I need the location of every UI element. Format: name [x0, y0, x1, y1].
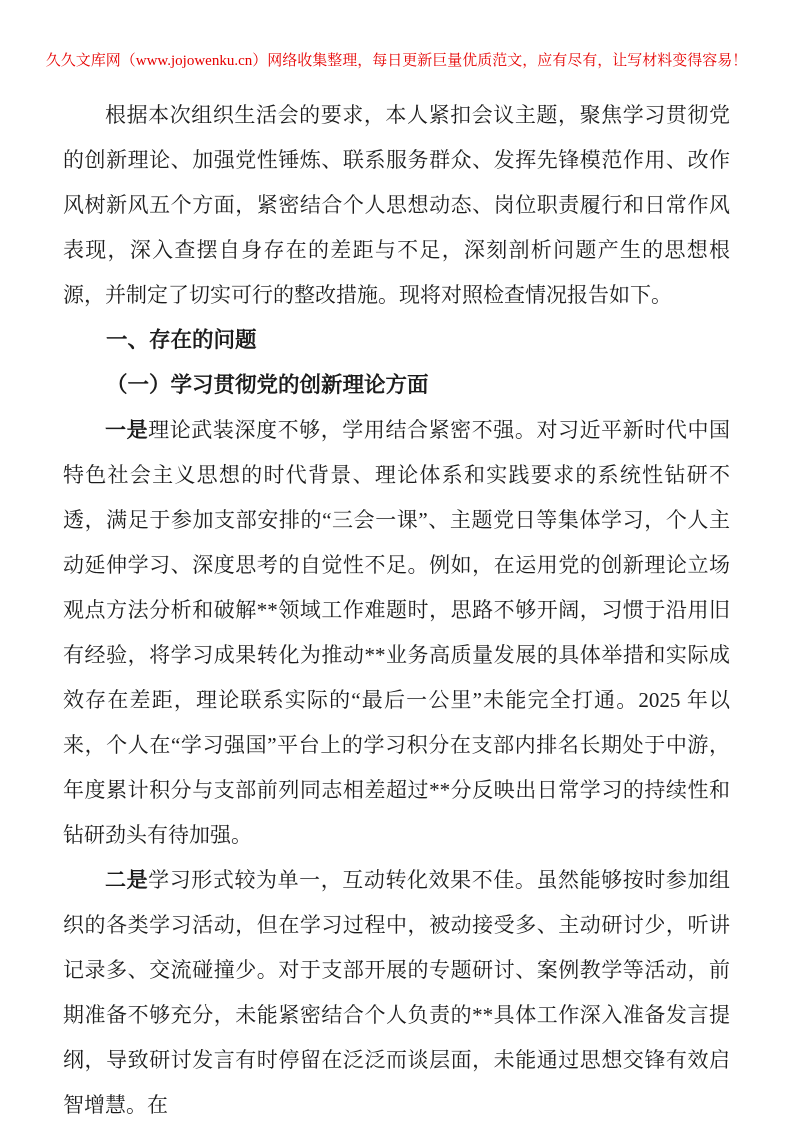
watermark-header: 久久文库网（www.jojowenku.cn）网络收集整理，每日更新巨量优质范文…: [0, 50, 793, 72]
watermark-text: 久久文库网（www.jojowenku.cn）网络收集整理，每日更新巨量优质范文…: [46, 53, 748, 69]
paragraph-point-1: 一是理论武装深度不够，学用结合紧密不强。对习近平新时代中国特色社会主义思想的时代…: [63, 408, 730, 858]
point-2-lead: 二是: [105, 868, 148, 892]
paragraph-intro: 根据本次组织生活会的要求，本人紧扣会议主题，聚焦学习贯彻党的创新理论、加强党性锤…: [63, 93, 730, 318]
document-page: 久久文库网（www.jojowenku.cn）网络收集整理，每日更新巨量优质范文…: [0, 0, 793, 1122]
point-1-text: 理论武装深度不够，学用结合紧密不强。对习近平新时代中国特色社会主义思想的时代背景…: [63, 418, 730, 847]
point-2-text: 学习形式较为单一，互动转化效果不佳。虽然能够按时参加组织的各类学习活动，但在学习…: [63, 868, 730, 1117]
heading-section-1: 一、存在的问题: [63, 318, 730, 363]
document-body: 根据本次组织生活会的要求，本人紧扣会议主题，聚焦学习贯彻党的创新理论、加强党性锤…: [63, 93, 730, 1122]
paragraph-point-2: 二是学习形式较为单一，互动转化效果不佳。虽然能够按时参加组织的各类学习活动，但在…: [63, 858, 730, 1122]
heading-subsection-1: （一）学习贯彻党的创新理论方面: [63, 363, 730, 408]
point-1-lead: 一是: [105, 418, 148, 442]
